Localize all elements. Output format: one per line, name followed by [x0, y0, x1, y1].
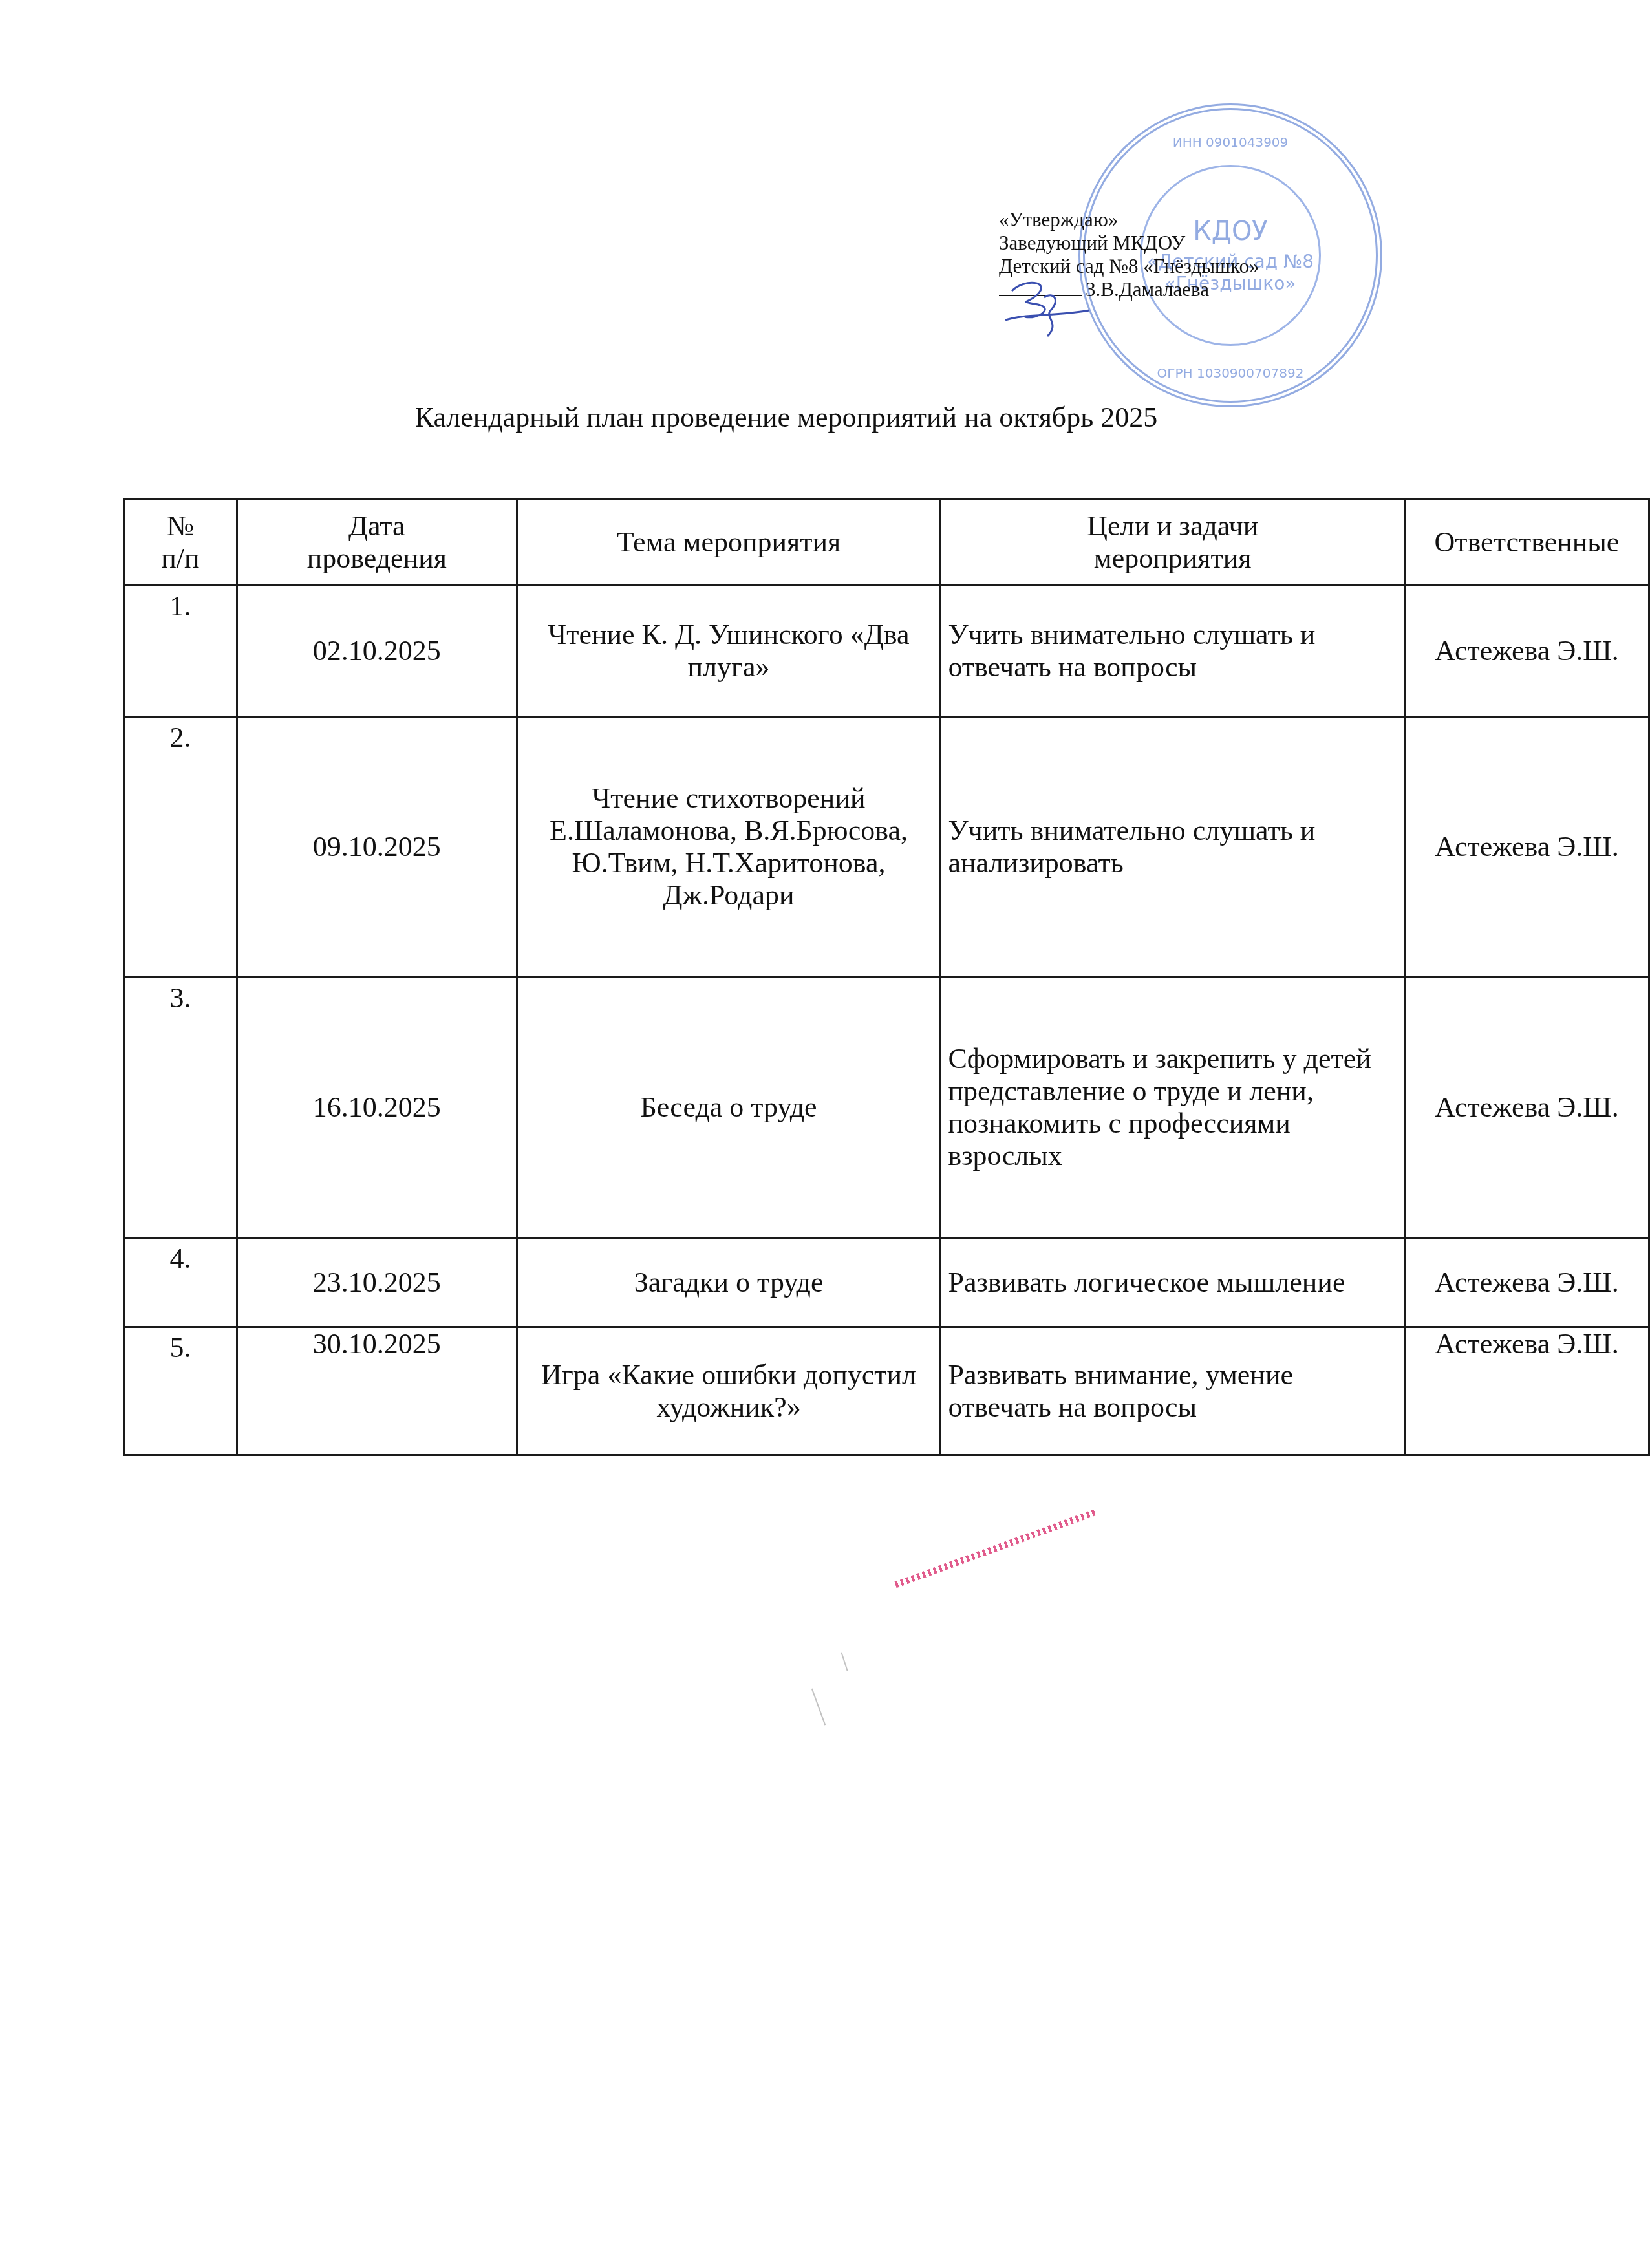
row-number: 2. [131, 718, 230, 754]
header-goals: Цели и задачи мероприятия [941, 500, 1405, 586]
table-row: 2. 09.10.2025 Чтение стихотворений Е.Шал… [124, 717, 1649, 978]
header-date: Дата проведения [237, 500, 517, 586]
header-goals-line2: мероприятия [948, 542, 1397, 575]
cell-num: 2. [124, 717, 237, 978]
cell-topic: Беседа о труде [517, 978, 941, 1238]
header-responsible-line1: Ответственные [1412, 526, 1642, 559]
cell-goals: Учить внимательно слушать и анализироват… [941, 717, 1405, 978]
cell-date: 16.10.2025 [237, 978, 517, 1238]
cell-responsible: Астежева Э.Ш. [1405, 586, 1649, 717]
handwritten-signature-icon [999, 272, 1096, 343]
cell-topic: Чтение стихотворений Е.Шаламонова, В.Я.Б… [517, 717, 941, 978]
cell-num: 4. [124, 1238, 237, 1327]
cell-topic: Игра «Какие ошибки допустил художник?» [517, 1327, 941, 1455]
cell-goals: Развивать внимание, умение отвечать на в… [941, 1327, 1405, 1455]
header-topic: Тема мероприятия [517, 500, 941, 586]
cell-responsible: Астежева Э.Ш. [1405, 717, 1649, 978]
document-title: Календарный план проведение мероприятий … [0, 401, 1650, 434]
row-number: 5. [131, 1328, 230, 1364]
stamp-ogrn: ОГРН 1030900707892 [1085, 365, 1376, 381]
table-row: 5. 30.10.2025 Игра «Какие ошибки допусти… [124, 1327, 1649, 1455]
cell-goals: Сформировать и закрепить у детей предста… [941, 978, 1405, 1238]
header-num: № п/п [124, 500, 237, 586]
header-num-line1: № [131, 510, 230, 542]
row-number: 3. [131, 978, 230, 1014]
cell-date: 23.10.2025 [237, 1238, 517, 1327]
cell-responsible: Астежева Э.Ш. [1405, 1238, 1649, 1327]
row-number: 1. [131, 586, 230, 623]
document-title-text: Календарный план проведение мероприятий … [415, 401, 1158, 433]
table-row: 4. 23.10.2025 Загадки о труде Развивать … [124, 1238, 1649, 1327]
cell-date: 02.10.2025 [237, 586, 517, 717]
header-goals-line1: Цели и задачи [948, 510, 1397, 542]
cell-num: 1. [124, 586, 237, 717]
cell-goals: Учить внимательно слушать и отвечать на … [941, 586, 1405, 717]
header-num-line2: п/п [131, 542, 230, 575]
events-table: № п/п Дата проведения Тема мероприятия Ц… [123, 498, 1650, 1456]
cell-date: 09.10.2025 [237, 717, 517, 978]
approval-line-approve: «Утверждаю» [999, 208, 1259, 231]
approval-line-position: Заведующий МКДОУ [999, 231, 1259, 255]
cell-date: 30.10.2025 [237, 1327, 517, 1455]
header-topic-line1: Тема мероприятия [524, 526, 934, 559]
cell-responsible: Астежева Э.Ш. [1405, 1327, 1649, 1455]
table-row: 1. 02.10.2025 Чтение К. Д. Ушинского «Дв… [124, 586, 1649, 717]
stamp-inn: ИНН 0901043909 [1085, 134, 1376, 150]
cell-num: 3. [124, 978, 237, 1238]
header-date-line2: проведения [244, 542, 509, 575]
approval-signer-name: З.В.Дамалаева [1086, 278, 1209, 301]
cell-goals: Развивать логическое мышление [941, 1238, 1405, 1327]
cell-topic: Чтение К. Д. Ушинского «Два плуга» [517, 586, 941, 717]
header-date-line1: Дата [244, 510, 509, 542]
row-number: 4. [131, 1239, 230, 1275]
cell-num: 5. [124, 1327, 237, 1455]
scan-scratch-mark [841, 1652, 848, 1671]
cell-responsible: Астежева Э.Ш. [1405, 978, 1649, 1238]
red-ink-mark [894, 1509, 1097, 1588]
table-header-row: № п/п Дата проведения Тема мероприятия Ц… [124, 500, 1649, 586]
cell-topic: Загадки о труде [517, 1238, 941, 1327]
scan-scratch-mark [811, 1688, 826, 1725]
header-responsible: Ответственные [1405, 500, 1649, 586]
table-row: 3. 16.10.2025 Беседа о труде Сформироват… [124, 978, 1649, 1238]
